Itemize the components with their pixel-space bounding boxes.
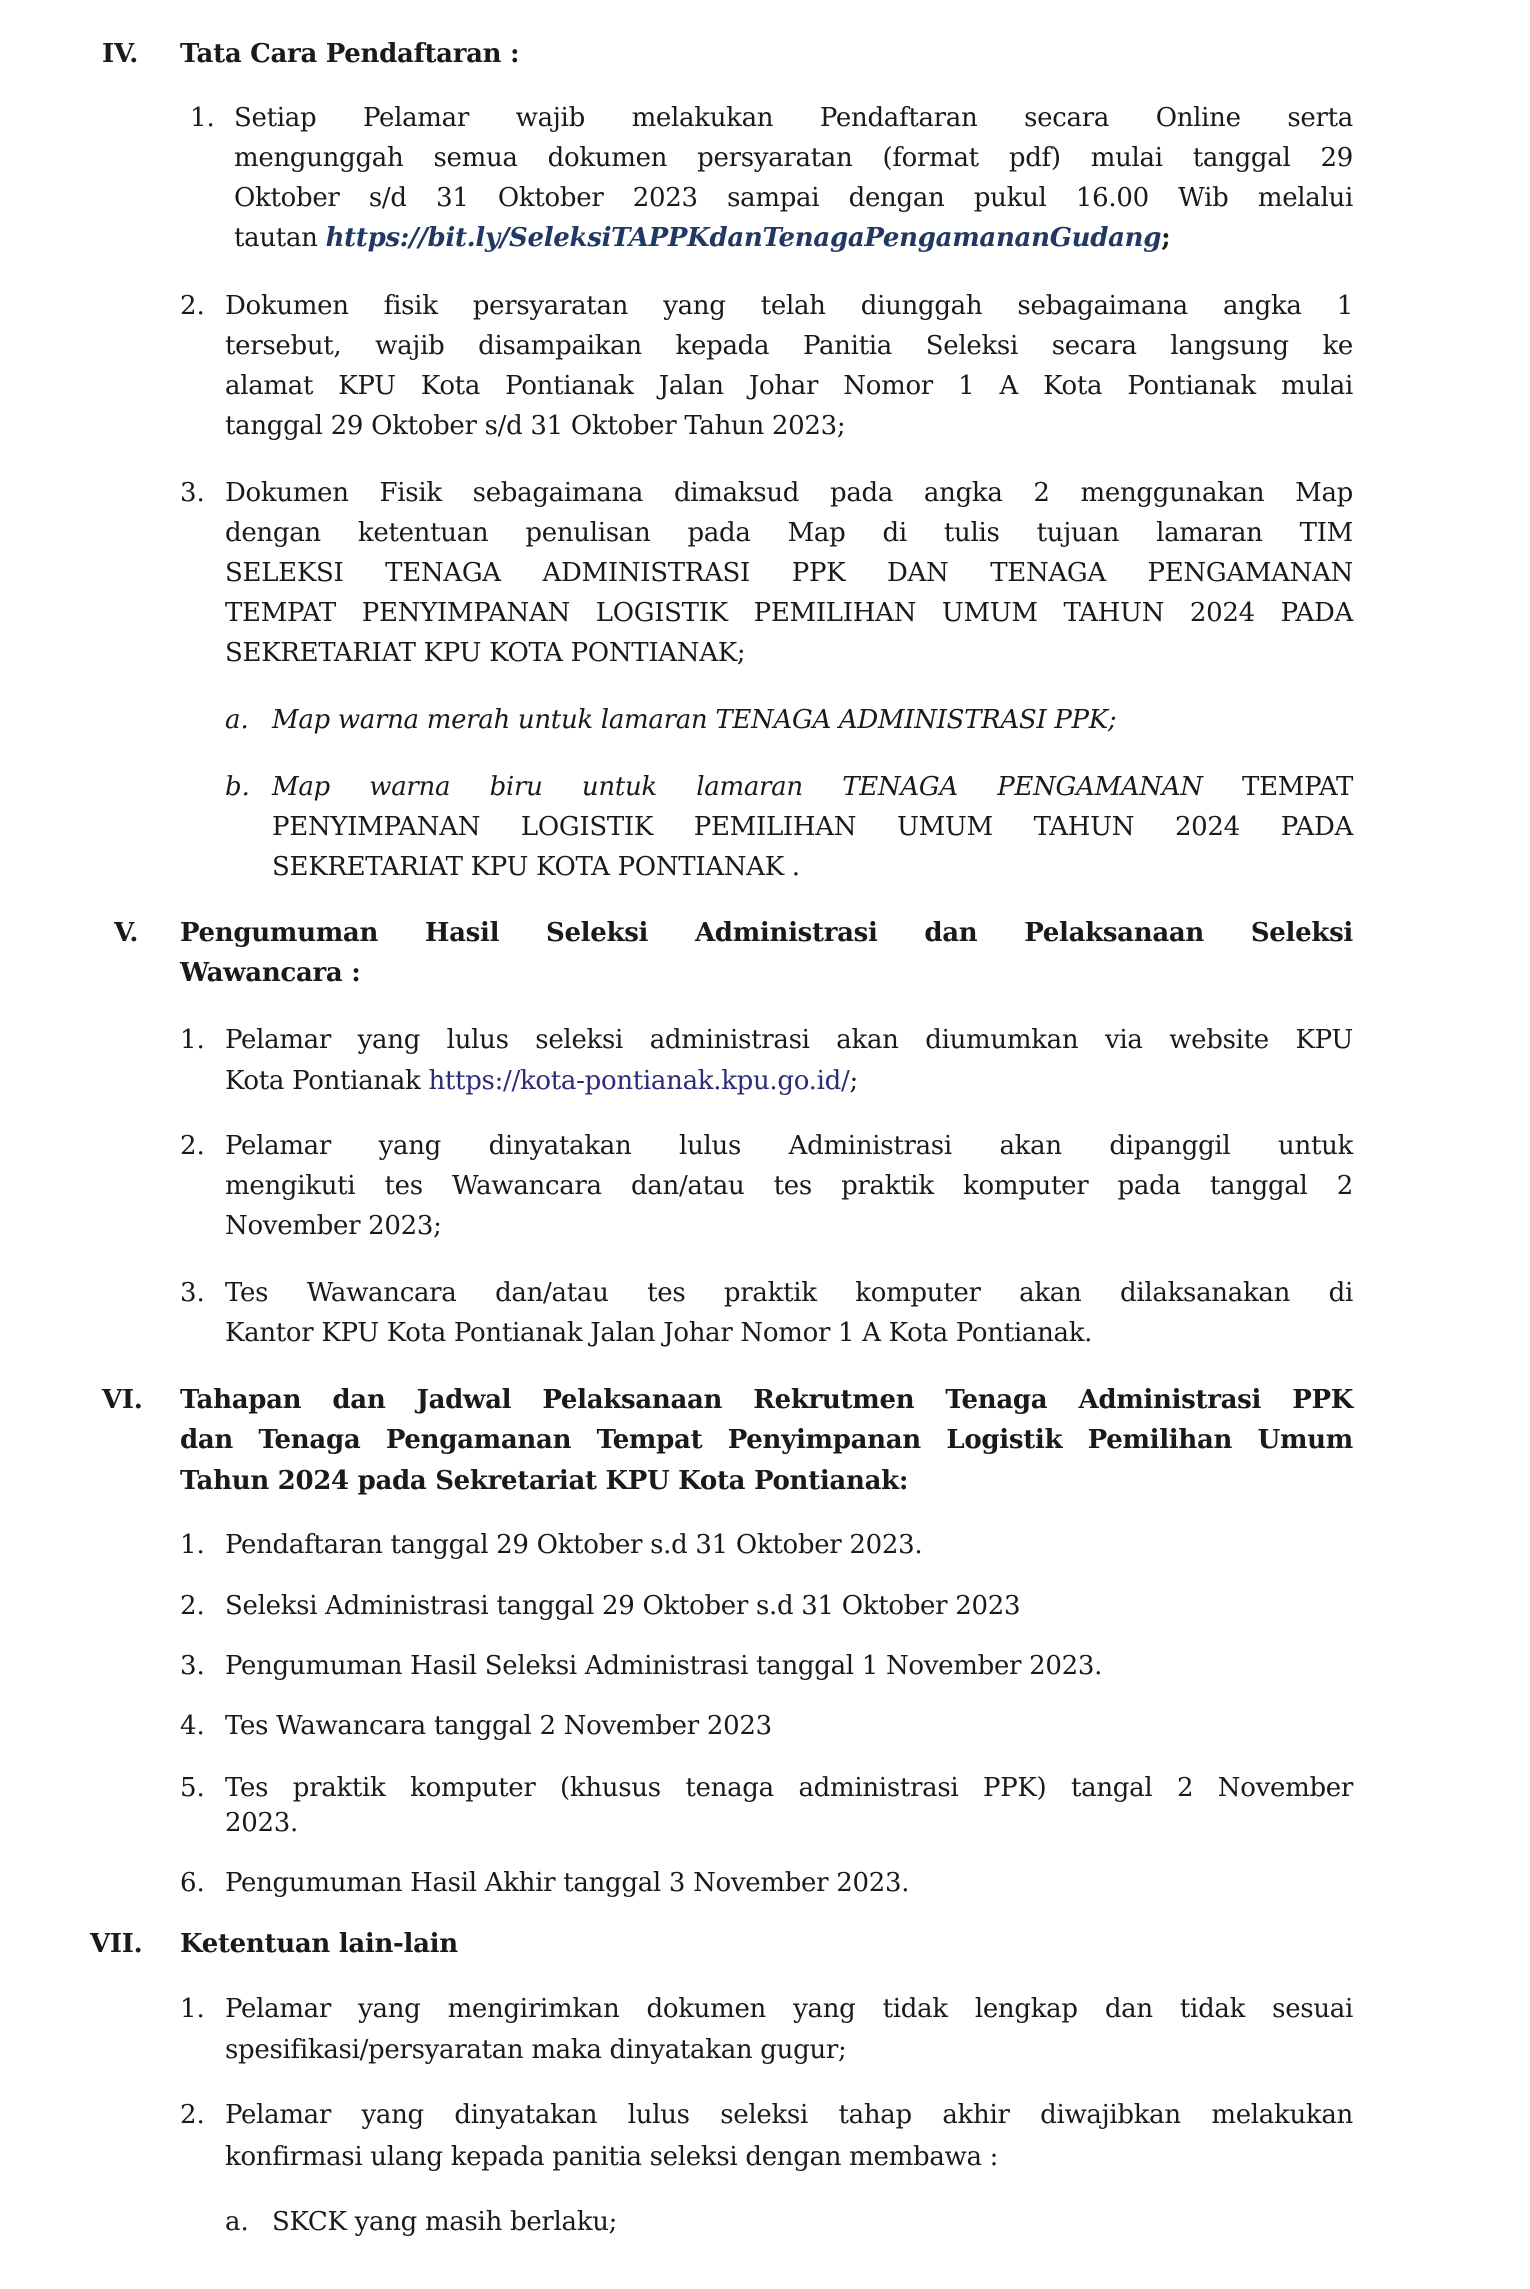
section-title: Ketentuan lain-lain: [180, 1924, 458, 1964]
item-number: 6.: [180, 1863, 205, 1903]
registration-link[interactable]: https://bit.ly/SeleksiTAPPKdanTenagaPeng…: [326, 223, 1162, 253]
sub-item-italic-part: Map warna biru untuk lamaran TENAGA PENG…: [272, 772, 1203, 802]
sub-item-letter: a.: [225, 2202, 249, 2242]
sub-item-text: Map warna merah untuk lamaran TENAGA ADM…: [272, 700, 1116, 740]
sub-item-text: SKCK yang masih berlaku;: [272, 2202, 617, 2242]
item-text-line: TEMPAT PENYIMPANAN LOGISTIK PEMILIHAN UM…: [225, 593, 1353, 633]
link-prefix: tautan: [234, 223, 326, 253]
item-text-line: Dokumen fisik persyaratan yang telah diu…: [225, 286, 1353, 326]
item-text-line: Tes praktik komputer (khusus tenaga admi…: [225, 1768, 1353, 1808]
item-text-line: mengunggah semua dokumen persyaratan (fo…: [234, 138, 1353, 178]
item-number: 2.: [180, 1126, 205, 1166]
section-title-line: Wawancara :: [180, 953, 361, 993]
item-text-line: Tes Wawancara dan/atau tes praktik kompu…: [225, 1273, 1353, 1313]
section-title-line: Tahun 2024 pada Sekretariat KPU Kota Pon…: [180, 1461, 908, 1501]
section-numeral: IV.: [102, 34, 138, 74]
item-text-line: tersebut, wajib disampaikan kepada Panit…: [225, 326, 1353, 366]
item-number: 1.: [180, 1989, 205, 2029]
item-text-line: Pendaftaran tanggal 29 Oktober s.d 31 Ok…: [225, 1525, 922, 1565]
item-number: 3.: [180, 1273, 205, 1313]
item-text-line: Pelamar yang dinyatakan lulus Administra…: [225, 1126, 1353, 1166]
item-number: 3.: [180, 1646, 205, 1686]
item-text-line: Pengumuman Hasil Akhir tanggal 3 Novembe…: [225, 1863, 909, 1903]
item-text-line: Pelamar yang dinyatakan lulus seleksi ta…: [225, 2095, 1353, 2135]
item-text-line: Oktober s/d 31 Oktober 2023 sampai denga…: [234, 178, 1353, 218]
item-number: 2.: [180, 286, 205, 326]
item-number: 1.: [180, 1525, 205, 1565]
item-number: 3.: [180, 473, 205, 513]
item-number: 2.: [180, 2095, 205, 2135]
sub-item-text-line: Map warna biru untuk lamaran TENAGA PENG…: [272, 767, 1353, 807]
item-text-line: tautan https://bit.ly/SeleksiTAPPKdanTen…: [234, 218, 1170, 258]
item-number: 1.: [190, 98, 215, 138]
section-title-line: Tahapan dan Jadwal Pelaksanaan Rekrutmen…: [180, 1380, 1353, 1420]
item-text-line: SEKRETARIAT KPU KOTA PONTIANAK;: [225, 633, 745, 673]
sub-item-rest: TEMPAT: [1242, 772, 1353, 802]
item-text-line: dengan ketentuan penulisan pada Map di t…: [225, 513, 1353, 553]
section-numeral: VI.: [102, 1380, 143, 1420]
item-number: 2.: [180, 1586, 205, 1626]
item-text-line: Pelamar yang lulus seleksi administrasi …: [225, 1020, 1353, 1060]
document-page: IV. Tata Cara Pendaftaran : 1. Setiap Pe…: [0, 0, 1530, 2289]
item-number: 1.: [180, 1020, 205, 1060]
item-text-line: Pengumuman Hasil Seleksi Administrasi ta…: [225, 1646, 1102, 1686]
item-text-line: Dokumen Fisik sebagaimana dimaksud pada …: [225, 473, 1353, 513]
section-title: Tata Cara Pendaftaran :: [180, 34, 519, 74]
link-suffix: ;: [849, 1066, 857, 1096]
item-number: 4.: [180, 1706, 205, 1746]
item-text-line: SELEKSI TENAGA ADMINISTRASI PPK DAN TENA…: [225, 553, 1353, 593]
sub-item-letter: a.: [225, 700, 249, 740]
section-title-line: Pengumuman Hasil Seleksi Administrasi da…: [180, 913, 1353, 953]
link-suffix: ;: [1161, 223, 1170, 253]
item-text-line: Kantor KPU Kota Pontianak Jalan Johar No…: [225, 1313, 1092, 1353]
item-number: 5.: [180, 1768, 205, 1808]
item-text-line: konfirmasi ulang kepada panitia seleksi …: [225, 2137, 998, 2177]
item-text-line: Kota Pontianak https://kota-pontianak.kp…: [225, 1061, 858, 1101]
item-text-line: tanggal 29 Oktober s/d 31 Oktober Tahun …: [225, 406, 845, 446]
item-text-line: Tes Wawancara tanggal 2 November 2023: [225, 1706, 772, 1746]
sub-item-text-line: PENYIMPANAN LOGISTIK PEMILIHAN UMUM TAHU…: [272, 807, 1353, 847]
sub-item-letter: b.: [225, 767, 250, 807]
item-text-line: mengikuti tes Wawancara dan/atau tes pra…: [225, 1166, 1353, 1206]
item-text-line: 2023.: [225, 1803, 298, 1843]
item-text-line: alamat KPU Kota Pontianak Jalan Johar No…: [225, 366, 1353, 406]
sub-item-text-line: SEKRETARIAT KPU KOTA PONTIANAK .: [272, 847, 800, 887]
section-title-line: dan Tenaga Pengamanan Tempat Penyimpanan…: [180, 1420, 1353, 1460]
item-text-line: November 2023;: [225, 1206, 442, 1246]
section-numeral: V.: [114, 913, 138, 953]
section-numeral: VII.: [90, 1924, 142, 1964]
item-text-line: spesifikasi/persyaratan maka dinyatakan …: [225, 2030, 846, 2070]
link-prefix: Kota Pontianak: [225, 1066, 428, 1096]
item-text-line: Setiap Pelamar wajib melakukan Pendaftar…: [234, 98, 1353, 138]
item-text-line: Seleksi Administrasi tanggal 29 Oktober …: [225, 1586, 1020, 1626]
item-text-line: Pelamar yang mengirimkan dokumen yang ti…: [225, 1989, 1353, 2029]
kpu-website-link[interactable]: https://kota-pontianak.kpu.go.id/: [428, 1066, 849, 1096]
